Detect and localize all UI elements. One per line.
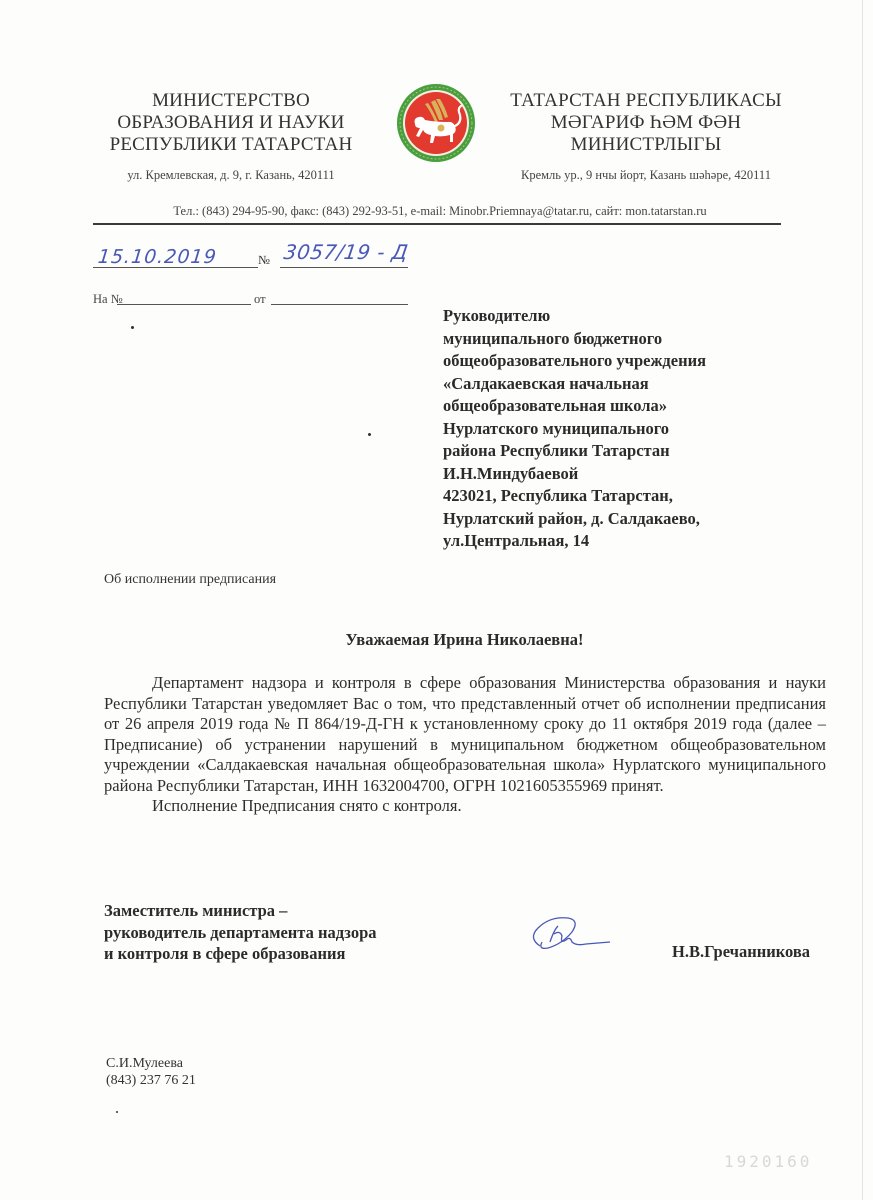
ministry-name-line: ОБРАЗОВАНИЯ И НАУКИ xyxy=(96,112,366,134)
ministry-name-line: МИНИСТРЛЫГЫ xyxy=(496,134,796,156)
scan-speck xyxy=(368,433,371,436)
outgoing-date-handwritten: 15.10.2019 xyxy=(97,246,218,268)
salutation: Уважаемая Ирина Николаевна! xyxy=(0,630,873,650)
signatory-title-line: Заместитель министра – xyxy=(104,900,377,922)
body-paragraph: Департамент надзора и контроля в сфере о… xyxy=(104,673,826,796)
page-edge xyxy=(862,0,863,1200)
contact-line: Тел.: (843) 294-95-90, факс: (843) 292-9… xyxy=(90,204,790,219)
reference-date-label: от xyxy=(254,292,266,307)
addressee-line: муниципального бюджетного xyxy=(443,328,803,351)
coat-of-arms-icon xyxy=(395,82,477,164)
handwritten-signature-icon xyxy=(520,908,620,960)
header-divider xyxy=(93,223,781,225)
scan-speck xyxy=(116,1111,118,1113)
reference-number-blank xyxy=(117,304,251,305)
addressee-line: общеобразовательного учреждения xyxy=(443,350,803,373)
date-underline xyxy=(93,267,258,268)
executor-block: С.И.Мулеева (843) 237 76 21 xyxy=(106,1055,196,1089)
ministry-name-line: МИНИСТЕРСТВО xyxy=(96,90,366,112)
reference-date-blank xyxy=(271,304,408,305)
addressee-line: 423021, Республика Татарстан, xyxy=(443,485,803,508)
signatory-title: Заместитель министра – руководитель депа… xyxy=(104,900,377,965)
ministry-name-line: РЕСПУБЛИКИ ТАТАРСТАН xyxy=(96,134,366,156)
executor-phone: (843) 237 76 21 xyxy=(106,1072,196,1089)
addressee-line: района Республики Татарстан xyxy=(443,440,803,463)
outgoing-number-handwritten: 3057/19 - Д xyxy=(282,240,410,264)
addressee-line: Руководителю xyxy=(443,305,803,328)
form-serial-number: 1920160 xyxy=(724,1152,812,1171)
letter-subject: Об исполнении предписания xyxy=(104,572,276,588)
scan-speck xyxy=(131,326,134,329)
ministry-name-tt: ТАТАРСТАН РЕСПУБЛИКАСЫ МӘГАРИФ ҺӘМ ФӘН М… xyxy=(496,90,796,156)
addressee-line: Нурлатского муниципального xyxy=(443,418,803,441)
signatory-title-line: и контроля в сфере образования xyxy=(104,943,377,965)
number-underline xyxy=(280,267,408,268)
addressee-line: И.Н.Миндубаевой xyxy=(443,463,803,486)
addressee-line: ул.Центральная, 14 xyxy=(443,530,803,553)
number-label: № xyxy=(258,253,270,268)
signatory-title-line: руководитель департамента надзора xyxy=(104,922,377,944)
addressee-line: Нурлатский район, д. Салдакаево, xyxy=(443,508,803,531)
addressee-block: Руководителю муниципального бюджетного о… xyxy=(443,305,803,553)
addressee-line: общеобразовательная школа» xyxy=(443,395,803,418)
ministry-name-line: ТАТАРСТАН РЕСПУБЛИКАСЫ xyxy=(496,90,796,112)
addressee-line: «Салдакаевская начальная xyxy=(443,373,803,396)
ministry-address-tt: Кремль ур., 9 нчы йорт, Казань шәһәре, 4… xyxy=(496,168,796,183)
executor-name: С.И.Мулеева xyxy=(106,1055,196,1072)
body-paragraph: Исполнение Предписания снято с контроля. xyxy=(104,796,826,817)
letter-body: Департамент надзора и контроля в сфере о… xyxy=(104,673,826,817)
ministry-name-ru: МИНИСТЕРСТВО ОБРАЗОВАНИЯ И НАУКИ РЕСПУБЛ… xyxy=(96,90,366,156)
signatory-name: Н.В.Гречанникова xyxy=(672,942,810,962)
ministry-name-line: МӘГАРИФ ҺӘМ ФӘН xyxy=(496,112,796,134)
ministry-address-ru: ул. Кремлевская, д. 9, г. Казань, 420111 xyxy=(96,168,366,183)
